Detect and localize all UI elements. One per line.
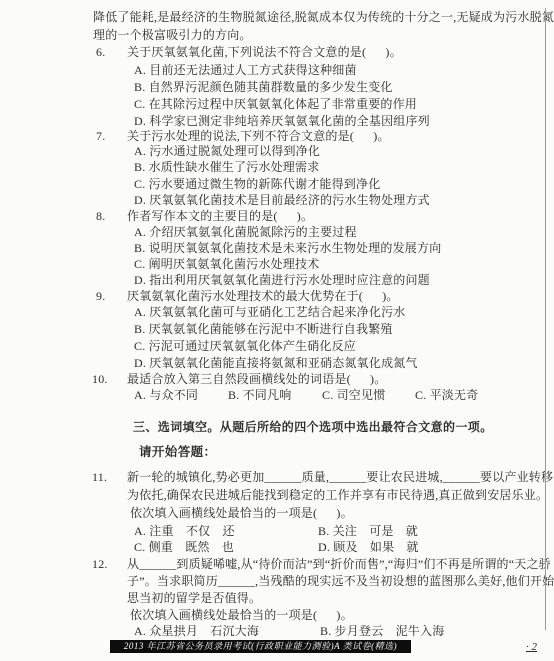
- question-10-option-b: B. 不同凡响: [228, 388, 291, 403]
- question-11-prompt: 依次填入画横线处最恰当的一项是( )。: [130, 506, 353, 521]
- question-9-option-b: B. 厌氧氨氧化菌能够在污泥中不断进行自我繁殖: [134, 322, 393, 337]
- section-header: 三、选词填空。从题后所给的四个选项中选出最符合文意的一项。: [133, 420, 493, 435]
- question-10-option-c: C. 司空见惯: [322, 388, 385, 403]
- question-6-option-b: B. 自然界污泥颜色随其菌群数量的多少发生变化: [134, 80, 393, 95]
- question-8-option-d: D. 指出利用厌氧氨氧化菌进行污水处理时应注意的问题: [134, 273, 430, 288]
- question-11-option-a: A. 注重 不仅 还: [134, 524, 235, 539]
- question-8-option-a: A. 介绍厌氧氨氧化菌脱氮除污的主要过程: [134, 225, 357, 240]
- question-7-option-a: A. 污水通过脱氮处理可以得到净化: [134, 144, 320, 159]
- question-9-stem: 厌氧氨氧化菌污水处理技术的最大优势在于( )。: [127, 289, 399, 304]
- question-7-number: 7.: [96, 129, 105, 144]
- question-6-number: 6.: [96, 45, 105, 60]
- passage-line-2: 理的一个极富吸引力的方向。: [93, 28, 252, 43]
- question-12-prompt: 依次填入画横线处最恰当的一项是( )。: [130, 608, 353, 623]
- question-11-option-d: D. 顾及 如果 就: [318, 540, 419, 555]
- page-number: · 2: [526, 641, 537, 653]
- question-9-option-d: D. 厌氧氨氧化菌能直接将氨氮和亚硝态氮氧化成氮气: [134, 356, 418, 371]
- exam-paper-page: 降低了能耗,是最经济的生物脱氮途径,脱氮成本仅为传统的十分之一,无疑成为污水脱氮…: [0, 0, 554, 661]
- question-12-number: 12.: [92, 557, 108, 572]
- question-6-stem: 关于厌氧氨氧化菌,下列说法不符合文意的是( )。: [127, 45, 402, 60]
- question-9-option-a: A. 厌氧氨氧化菌可与亚硝化工艺结合起来净化污水: [134, 305, 405, 320]
- question-9-number: 9.: [96, 289, 105, 304]
- question-12-line-2: 子”。当求职简历______,当残酷的现实远不及当初设想的蓝图那么美好,他们开始…: [127, 574, 554, 589]
- question-11-line-1: 新一轮的城镇化,势必更加______质量,______要让农民进城,______…: [127, 470, 553, 485]
- right-margin-rule: [545, 8, 546, 630]
- question-10-stem: 最适合放入第三自然段画横线处的词语是( )。: [127, 372, 386, 387]
- question-12-line-3: 思当初的留学是否值得。: [127, 591, 261, 606]
- question-10-number: 10.: [92, 372, 108, 387]
- question-7-option-b: B. 水质性缺水催生了污水处理需求: [134, 160, 319, 175]
- question-11-option-b: B. 关注 可是 就: [318, 524, 418, 539]
- question-11-line-2: 为依托,确保农民进城后能找到稳定的工作并享有市民待遇,真正做到安居乐业。: [127, 488, 548, 503]
- footer-exam-title: 2013 年江苏省公务员录用考试(行政职业能力测验)A 类试卷(精选): [110, 640, 411, 653]
- question-8-option-b: B. 说明厌氧氨氧化菌技术是未来污水生物处理的发展方向: [134, 241, 441, 256]
- question-12-option-b: B. 步月登云 泥牛入海: [320, 624, 444, 639]
- question-6-option-a: A. 目前还无法通过人工方式获得这种细菌: [134, 63, 357, 78]
- question-6-option-d: D. 科学家已测定非纯培养厌氧氨氧化菌的全基因组序列: [134, 114, 430, 129]
- question-7-option-c: C. 污水要通过微生物的新陈代谢才能得到净化: [134, 177, 380, 192]
- question-12-option-a: A. 众星拱月 石沉大海: [134, 624, 259, 639]
- question-12-line-1: 从______到质疑唏嘘,从“待价而沽”到“折价而售”,“海归”们不再是所谓的“…: [127, 557, 551, 572]
- question-9-option-c: C. 污泥可通过厌氧氨氧化体产生硝化反应: [134, 339, 356, 354]
- question-8-option-c: C. 阐明厌氧氨氧化菌污水处理技术: [134, 257, 319, 272]
- question-7-stem: 关于污水处理的说法,下列不符合文意的是( )。: [127, 129, 390, 144]
- question-10-option-a: A. 与众不同: [134, 388, 198, 403]
- question-8-stem: 作者写作本文的主要目的是( )。: [127, 209, 313, 224]
- question-11-option-c: C. 侧重 既然 也: [134, 540, 234, 555]
- passage-line-1: 降低了能耗,是最经济的生物脱氮途径,脱氮成本仅为传统的十分之一,无疑成为污水脱氮…: [93, 10, 554, 25]
- question-6-option-c: C. 在其除污过程中厌氧氨氧化体起了非常重要的作用: [134, 97, 417, 112]
- begin-answer-prompt: 请开始答题：: [139, 445, 216, 460]
- question-8-number: 8.: [96, 209, 105, 224]
- question-10-option-d: C. 平淡无奇: [415, 388, 478, 403]
- question-7-option-d: D. 厌氧氨氧化菌技术是目前最经济的污水生物处理方式: [134, 193, 430, 208]
- question-11-number: 11.: [92, 470, 107, 485]
